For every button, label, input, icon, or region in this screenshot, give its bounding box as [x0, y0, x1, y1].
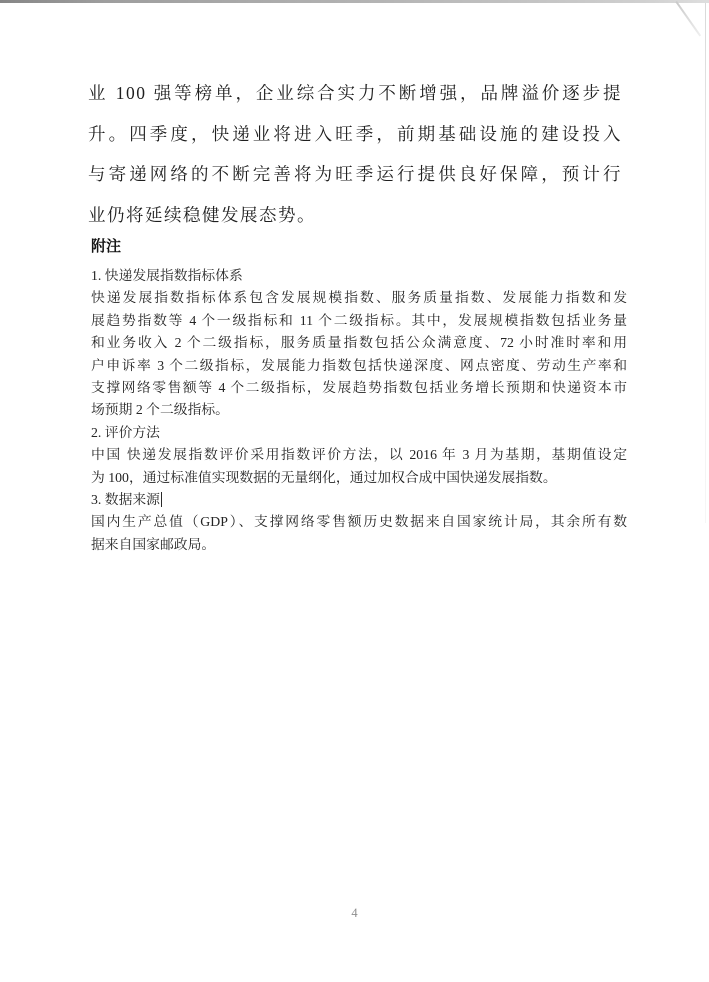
- note-item-title-text: 1. 快递发展指数指标体系: [91, 268, 243, 283]
- note-item-title-text: 3. 数据来源: [91, 492, 160, 507]
- intro-paragraph-line[interactable]: 业 100 强等榜单，企业综合实力不断增强，品牌溢价逐步提: [88, 73, 622, 114]
- note-body-line[interactable]: 和业务收入 2 个二级指标，服务质量指数包括公众满意度、72 小时准时率和用: [91, 332, 627, 354]
- note-item: 1. 快递发展指数指标体系快递发展指数指标体系包含发展规模指数、服务质量指数、发…: [91, 265, 627, 422]
- note-body-line[interactable]: 支撑网络零售额等 4 个二级指标，发展趋势指数包括业务增长预期和快递资本市: [91, 377, 627, 399]
- scan-top-edge-artifact: [0, 0, 709, 3]
- note-item: 2. 评价方法中国 快递发展指数评价采用指数评价方法，以 2016 年 3 月为…: [91, 422, 627, 489]
- scan-right-edge-artifact: [705, 3, 706, 523]
- note-body-line[interactable]: 展趋势指数等 4 个一级指标和 11 个二级指标。其中，发展规模指数包括业务量: [91, 310, 627, 332]
- note-body-line[interactable]: 为 100，通过标准值实现数据的无量纲化，通过加权合成中国快递发展指数。: [91, 467, 627, 489]
- note-body-line[interactable]: 户申诉率 3 个二级指标，发展能力指数包括快递深度、网点密度、劳动生产率和: [91, 355, 627, 377]
- note-item-title[interactable]: 3. 数据来源: [91, 489, 627, 511]
- intro-paragraph: 业 100 强等榜单，企业综合实力不断增强，品牌溢价逐步提升。四季度，快递业将进…: [88, 73, 622, 235]
- intro-paragraph-line[interactable]: 与寄递网络的不断完善将为旺季运行提供良好保障，预计行: [88, 154, 622, 195]
- note-item: 3. 数据来源国内生产总值（GDP）、支撑网络零售额历史数据来自国家统计局，其余…: [91, 489, 627, 556]
- page-number: 4: [0, 905, 709, 921]
- note-item-title[interactable]: 1. 快递发展指数指标体系: [91, 265, 627, 287]
- document-page: 业 100 强等榜单，企业综合实力不断增强，品牌溢价逐步提升。四季度，快递业将进…: [0, 0, 709, 982]
- note-body-line[interactable]: 据来自国家邮政局。: [91, 534, 627, 556]
- note-body-line[interactable]: 中国 快递发展指数评价采用指数评价方法，以 2016 年 3 月为基期，基期值设…: [91, 444, 627, 466]
- notes-items: 1. 快递发展指数指标体系快递发展指数指标体系包含发展规模指数、服务质量指数、发…: [91, 265, 627, 556]
- text-cursor: [161, 492, 162, 507]
- intro-paragraph-line[interactable]: 业仍将延续稳健发展态势。: [88, 195, 622, 236]
- note-body-line[interactable]: 国内生产总值（GDP）、支撑网络零售额历史数据来自国家统计局，其余所有数: [91, 511, 627, 533]
- note-item-title[interactable]: 2. 评价方法: [91, 422, 627, 444]
- notes-heading[interactable]: 附注: [91, 236, 627, 258]
- scan-corner-artifact: [675, 1, 701, 37]
- note-item-title-text: 2. 评价方法: [91, 425, 160, 440]
- note-body-line[interactable]: 场预期 2 个二级指标。: [91, 399, 627, 421]
- note-body-line[interactable]: 快递发展指数指标体系包含发展规模指数、服务质量指数、发展能力指数和发: [91, 287, 627, 309]
- notes-section: 附注 1. 快递发展指数指标体系快递发展指数指标体系包含发展规模指数、服务质量指…: [91, 236, 627, 556]
- intro-paragraph-line[interactable]: 升。四季度，快递业将进入旺季，前期基础设施的建设投入: [88, 114, 622, 155]
